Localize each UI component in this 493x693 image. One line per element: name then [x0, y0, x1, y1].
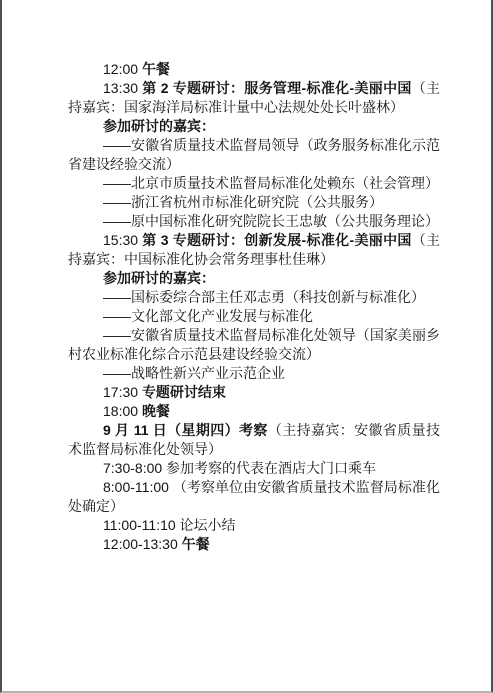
- document-page: 12:00 午餐13:30 第 2 专题研讨：服务管理-标准化-美丽中国（主持嘉…: [0, 0, 493, 693]
- agenda-line: 7:30-8:00 参加考察的代表在酒店大门口乘车: [68, 459, 440, 478]
- agenda-line: 9 月 11 日（星期四）考察（主持嘉宾：安徽省质量技术监督局标准化处领导）: [68, 421, 440, 459]
- agenda-text-bold: 专题研讨结束: [142, 384, 226, 400]
- agenda-line: ——安徽省质量技术监督局标准化处领导（国家美丽乡村农业标准化综合示范县建设经验交…: [68, 326, 440, 364]
- agenda-text: ——战略性新兴产业示范企业: [103, 365, 285, 381]
- agenda-text-bold: 9 月 11 日（星期四）考察: [103, 422, 268, 438]
- agenda-line: 15:30 第 3 专题研讨：创新发展-标准化-美丽中国（主持嘉宾：中国标准化协…: [68, 231, 440, 269]
- agenda-text-bold: 第 3 专题研讨：创新发展-标准化-美丽中国: [142, 232, 411, 248]
- agenda-line: ——安徽省质量技术监督局领导（政务服务标准化示范省建设经验交流）: [68, 136, 440, 174]
- agenda-text: ——原中国标准化研究院院长王忠敏（公共服务理论）: [103, 213, 439, 229]
- agenda-line: ——北京市质量技术监督局标准化处赖东（社会管理）: [68, 174, 440, 193]
- agenda-line: 11:00-11:10 论坛小结: [68, 516, 440, 535]
- agenda-text: ——北京市质量技术监督局标准化处赖东（社会管理）: [103, 175, 439, 191]
- agenda-text-bold: 参加研讨的嘉宾：: [103, 270, 215, 286]
- agenda-line: 13:30 第 2 专题研讨：服务管理-标准化-美丽中国（主持嘉宾：国家海洋局标…: [68, 79, 440, 117]
- agenda-text: 13:30: [103, 80, 142, 96]
- agenda-line: ——文化部文化产业发展与标准化: [68, 307, 440, 326]
- agenda-text-bold: 第 2 专题研讨：服务管理-标准化-美丽中国: [142, 80, 411, 96]
- agenda-line: 12:00 午餐: [68, 60, 440, 79]
- agenda-line: ——原中国标准化研究院院长王忠敏（公共服务理论）: [68, 212, 440, 231]
- agenda-text-bold: 晚餐: [142, 403, 170, 419]
- agenda-text-bold: 午餐: [182, 536, 210, 552]
- agenda-text: 18:00: [103, 403, 142, 419]
- agenda-text: 8:00-11:00 （考察单位由安徽省质量技术监督局标准化处确定）: [68, 479, 440, 514]
- agenda-line: ——战略性新兴产业示范企业: [68, 364, 440, 383]
- agenda-line: 参加研讨的嘉宾：: [68, 117, 440, 136]
- agenda-text-bold: 参加研讨的嘉宾：: [103, 118, 215, 134]
- agenda-text: ——国标委综合部主任邓志勇（科技创新与标准化）: [103, 289, 425, 305]
- agenda-text: ——文化部文化产业发展与标准化: [103, 308, 313, 324]
- agenda-text: 12:00-13:30: [103, 536, 182, 552]
- agenda-text: 15:30: [103, 232, 142, 248]
- agenda-line: 参加研讨的嘉宾：: [68, 269, 440, 288]
- agenda-text: 12:00: [103, 61, 142, 77]
- agenda-text: 11:00-11:10 论坛小结: [103, 517, 236, 533]
- agenda-line: 18:00 晚餐: [68, 402, 440, 421]
- agenda-text-bold: 午餐: [142, 61, 170, 77]
- agenda-text: ——安徽省质量技术监督局标准化处领导（国家美丽乡村农业标准化综合示范县建设经验交…: [68, 327, 440, 362]
- agenda-text: ——浙江省杭州市标准化研究院（公共服务）: [103, 194, 383, 210]
- agenda-text: 17:30: [103, 384, 142, 400]
- agenda-text: 7:30-8:00 参加考察的代表在酒店大门口乘车: [103, 460, 376, 476]
- agenda-text-block: 12:00 午餐13:30 第 2 专题研讨：服务管理-标准化-美丽中国（主持嘉…: [68, 60, 440, 554]
- agenda-line: ——国标委综合部主任邓志勇（科技创新与标准化）: [68, 288, 440, 307]
- agenda-text: ——安徽省质量技术监督局领导（政务服务标准化示范省建设经验交流）: [68, 137, 440, 172]
- agenda-line: ——浙江省杭州市标准化研究院（公共服务）: [68, 193, 440, 212]
- agenda-line: 8:00-11:00 （考察单位由安徽省质量技术监督局标准化处确定）: [68, 478, 440, 516]
- agenda-line: 12:00-13:30 午餐: [68, 535, 440, 554]
- agenda-line: 17:30 专题研讨结束: [68, 383, 440, 402]
